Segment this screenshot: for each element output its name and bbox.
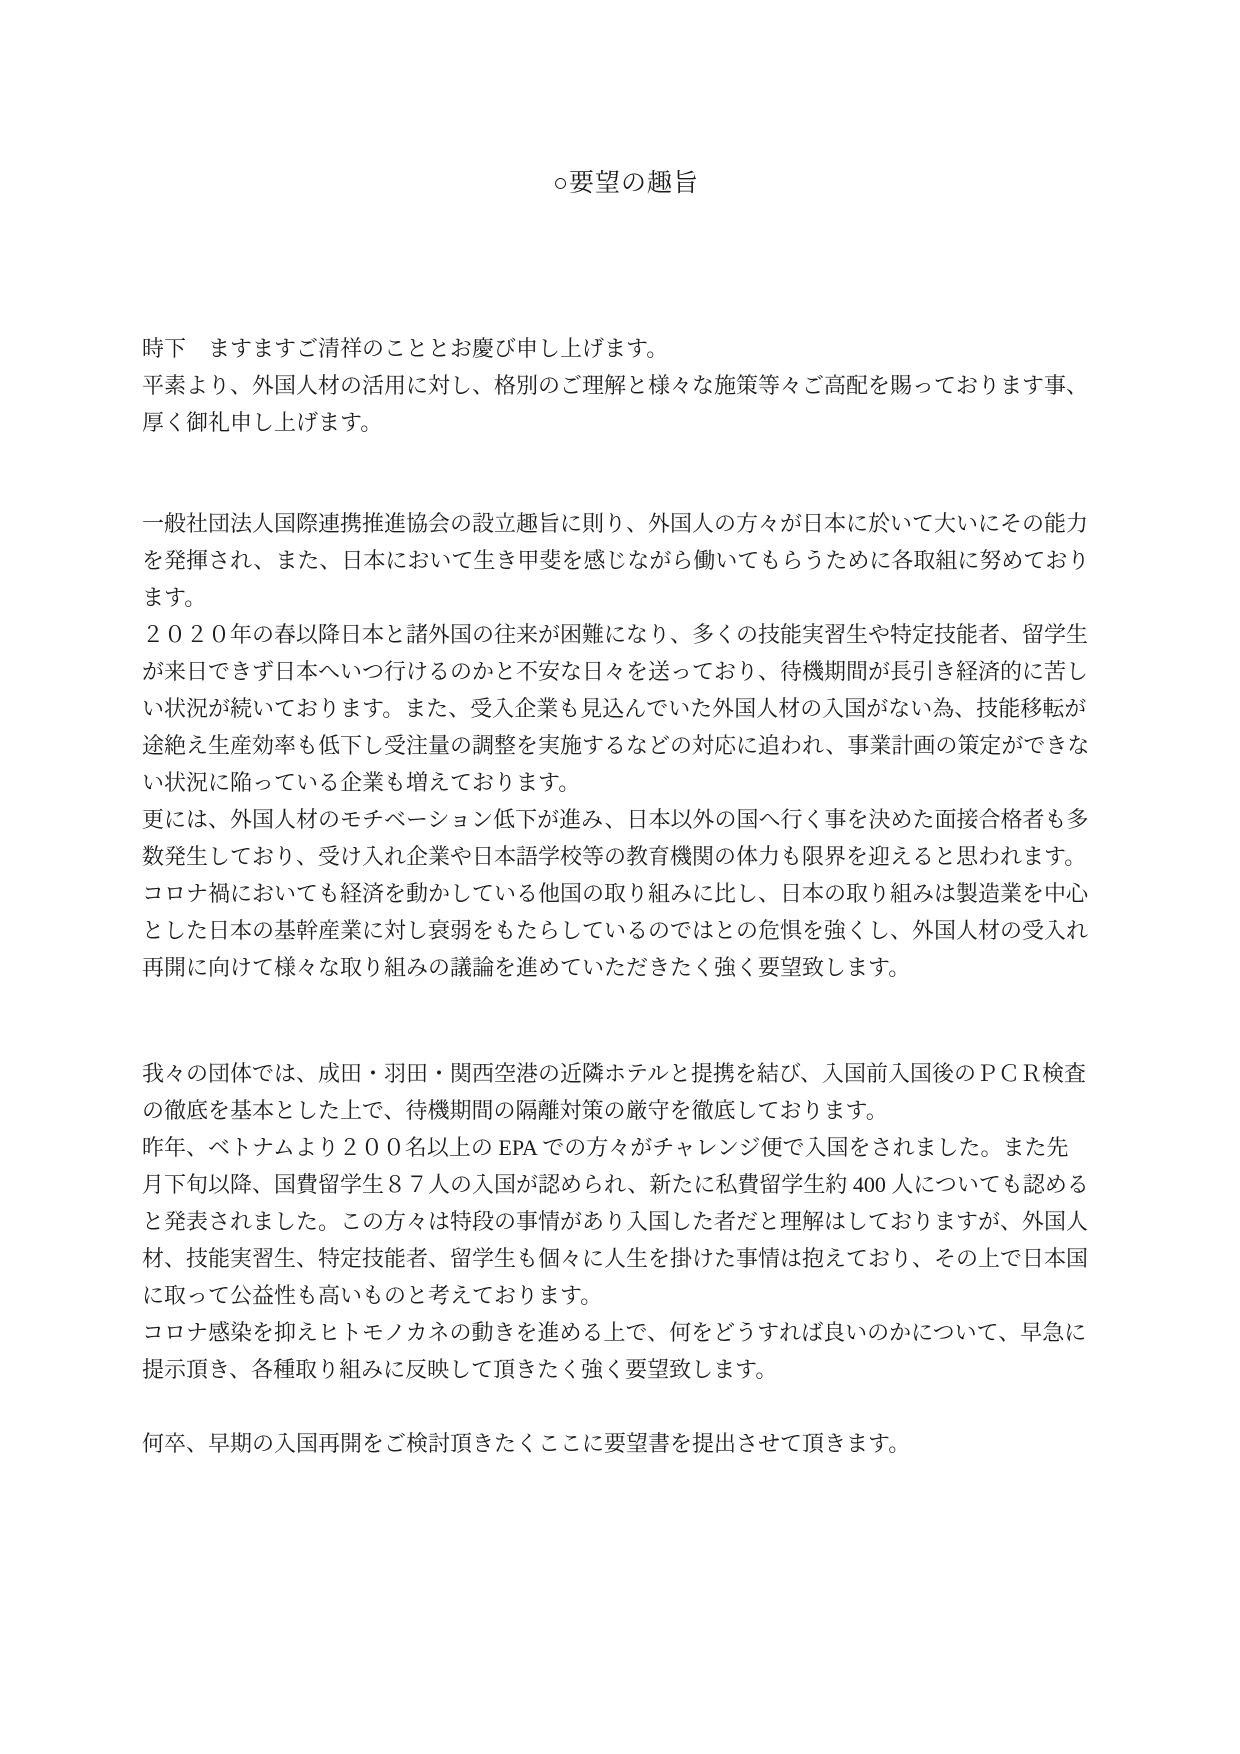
- text-line: 提示頂き、各種取り組みに反映して頂きたく強く要望致します。: [142, 1351, 1110, 1388]
- text-line: 何卒、早期の入国再開をご検討頂きたくここに要望書を提出させて頂きます。: [142, 1425, 1110, 1462]
- text-line: い状況が続いております。また、受入企業も見込んでいた外国人材の入国がない為、技能…: [142, 690, 1110, 727]
- text-line: 材、技能実習生、特定技能者、留学生も個々に人生を掛けた事情は抱えており、その上で…: [142, 1240, 1110, 1277]
- document-page: ○要望の趣旨 時下 ますますご清祥のこととお慶び申し上げます。平素より、外国人材…: [0, 0, 1240, 1754]
- text-line: 更には、外国人材のモチベーション低下が進み、日本以外の国へ行く事を決めた面接合格…: [142, 801, 1110, 838]
- text-line: 数発生しており、受け入れ企業や日本語学校等の教育機関の体力も限界を迎えると思われ…: [142, 838, 1110, 875]
- text-line: 平素より、外国人材の活用に対し、格別のご理解と様々な施策等々ご高配を賜っておりま…: [142, 367, 1110, 404]
- text-line: と発表されました。この方々は特段の事情があり入国した者だと理解はしておりますが、…: [142, 1203, 1110, 1240]
- text-line: ２０２０年の春以降日本と諸外国の往来が困難になり、多くの技能実習生や特定技能者、…: [142, 616, 1110, 653]
- text-line: い状況に陥っている企業も増えております。: [142, 764, 1110, 801]
- document-title: ○要望の趣旨: [142, 165, 1110, 202]
- text-line: が来日できず日本へいつ行けるのかと不安な日々を送っており、待機期間が長引き経済的…: [142, 653, 1110, 690]
- text-line: 我々の団体では、成田・羽田・関西空港の近隣ホテルと提携を結び、入国前入国後のＰＣ…: [142, 1055, 1110, 1092]
- text-line: 再開に向けて様々な取り組みの議論を進めていただきたく強く要望致します。: [142, 949, 1110, 986]
- text-line: 昨年、ベトナムより２００名以上の EPA での方々がチャレンジ便で入国をされまし…: [142, 1129, 1110, 1166]
- text-line: ます。: [142, 579, 1110, 616]
- text-line: 時下 ますますご清祥のこととお慶び申し上げます。: [142, 330, 1110, 367]
- text-line: コロナ禍においても経済を動かしている他国の取り組みに比し、日本の取り組みは製造業…: [142, 875, 1110, 912]
- paragraph-measures-request: 我々の団体では、成田・羽田・関西空港の近隣ホテルと提携を結び、入国前入国後のＰＣ…: [142, 1055, 1110, 1388]
- text-line: を発揮され、また、日本において生き甲斐を感じながら働いてもらうために各取組に努め…: [142, 542, 1110, 579]
- text-line: の徹底を基本とした上で、待機期間の隔離対策の厳守を徹底しております。: [142, 1092, 1110, 1129]
- paragraph-situation-request: 一般社団法人国際連携推進協会の設立趣旨に則り、外国人の方々が日本に於いて大いにそ…: [142, 505, 1110, 986]
- text-line: 一般社団法人国際連携推進協会の設立趣旨に則り、外国人の方々が日本に於いて大いにそ…: [142, 505, 1110, 542]
- text-line: 月下旬以降、国費留学生８７人の入国が認められ、新たに私費留学生約 400 人につ…: [142, 1166, 1110, 1203]
- paragraph-greeting: 時下 ますますご清祥のこととお慶び申し上げます。平素より、外国人材の活用に対し、…: [142, 330, 1110, 441]
- text-line: に取って公益性も高いものと考えております。: [142, 1277, 1110, 1314]
- text-line: 厚く御礼申し上げます。: [142, 404, 1110, 441]
- text-line: コロナ感染を抑えヒトモノカネの動きを進める上で、何をどうすれば良いのかについて、…: [142, 1314, 1110, 1351]
- text-line: 途絶え生産効率も低下し受注量の調整を実施するなどの対応に追われ、事業計画の策定が…: [142, 727, 1110, 764]
- text-line: とした日本の基幹産業に対し衰弱をもたらしているのではとの危惧を強くし、外国人材の…: [142, 912, 1110, 949]
- paragraph-closing: 何卒、早期の入国再開をご検討頂きたくここに要望書を提出させて頂きます。: [142, 1425, 1110, 1462]
